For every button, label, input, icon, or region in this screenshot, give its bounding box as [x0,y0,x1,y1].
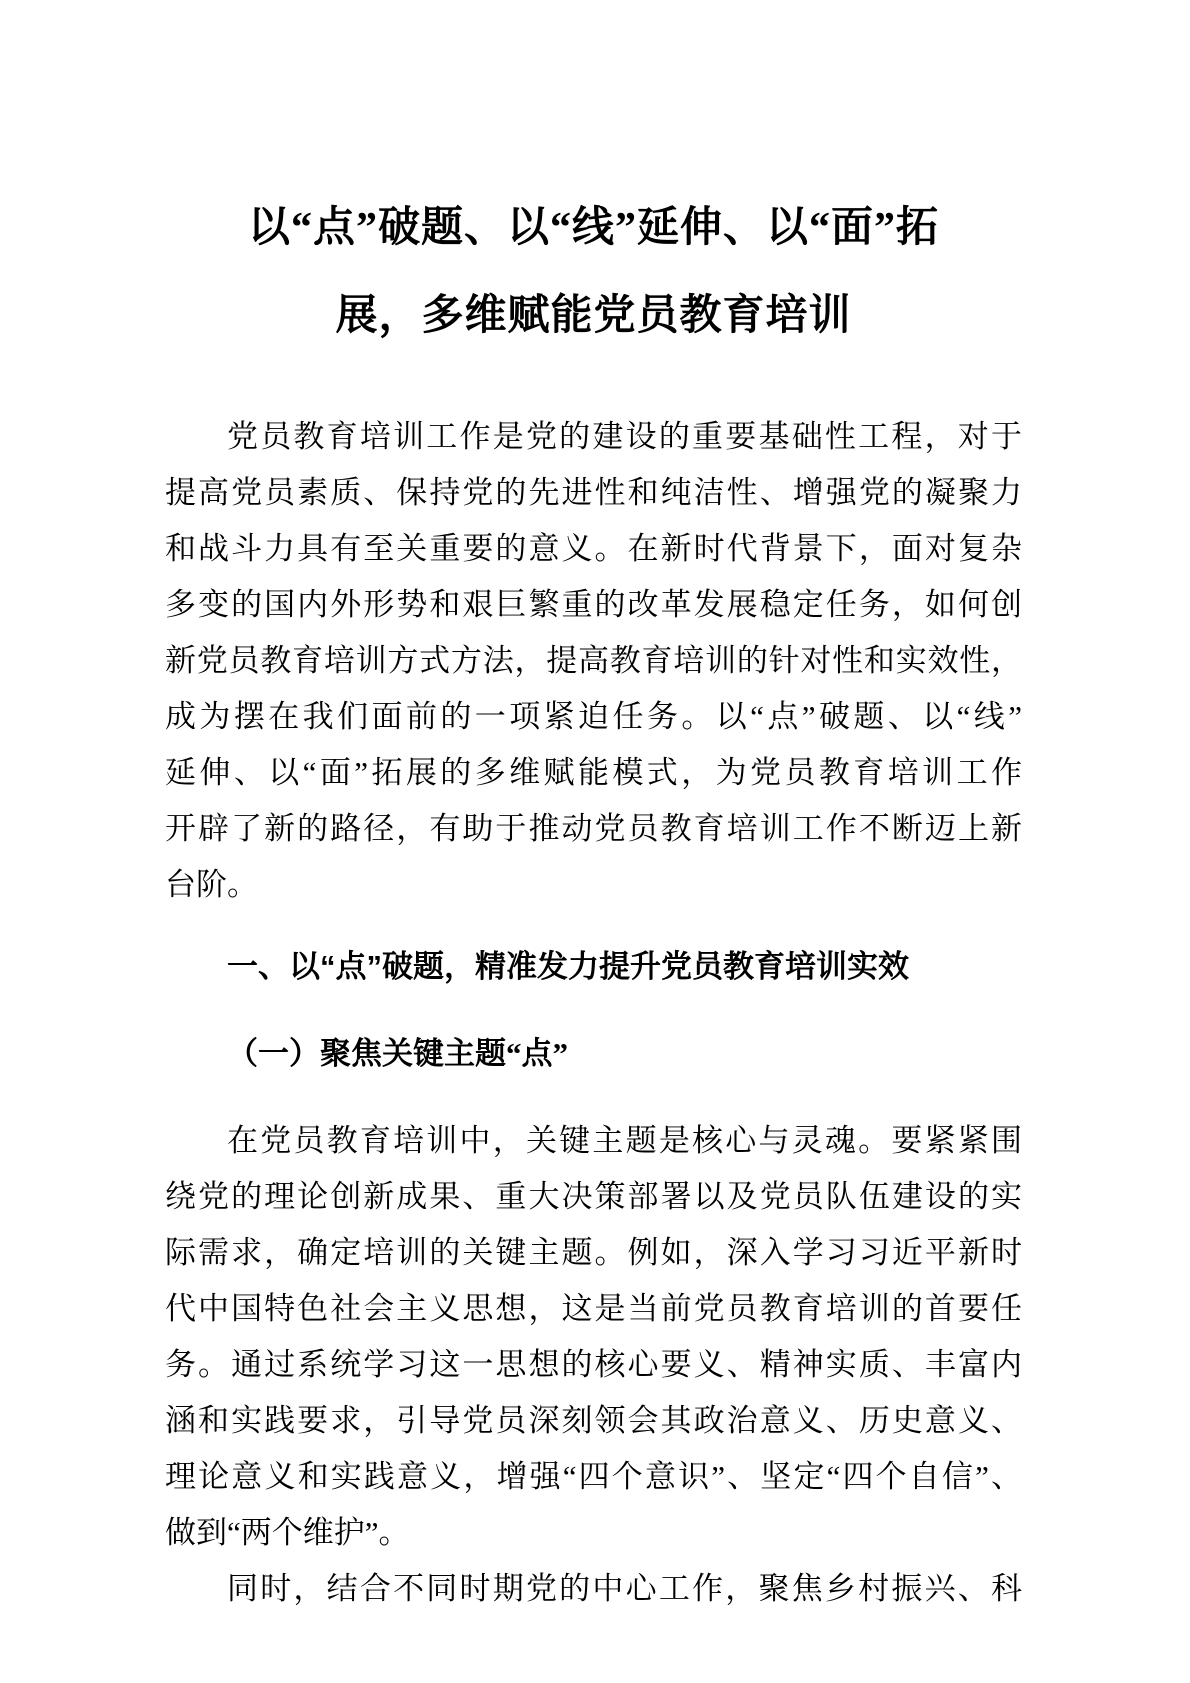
document-page: 以“点”破题、以“线”延伸、以“面”拓 展，多维赋能党员教育培训 党员教育培训工… [0,0,1190,1683]
title-line: 以“点”破题、以“线”延伸、以“面”拓 [165,184,1022,272]
paragraph-line: 成为摆在我们面前的一项紧迫任务。以“点”破题、以“线” [165,689,1022,745]
paragraph-line: 延伸、以“面”拓展的多维赋能模式，为党员教育培训工作 [165,745,1022,801]
paragraph-intro: 党员教育培训工作是党的建设的重要基础性工程，对于 提高党员素质、保持党的先进性和… [165,409,1022,913]
paragraph-line: 多变的国内外形势和艰巨繁重的改革发展稳定任务，如何创 [165,577,1022,633]
paragraph-line: 台阶。 [165,857,1022,913]
section-heading-1: 一、以“点”破题，精准发力提升党员教育培训实效 [165,939,1022,995]
paragraph-line: 开辟了新的路径，有助于推动党员教育培训工作不断迈上新 [165,801,1022,857]
paragraph-line: 代中国特色社会主义思想，这是当前党员教育培训的首要任 [165,1281,1022,1337]
paragraph-line: 同时，结合不同时期党的中心工作，聚焦乡村振兴、科 [165,1561,1022,1617]
paragraph-key-themes: 在党员教育培训中，关键主题是核心与灵魂。要紧紧围 绕党的理论创新成果、重大决策部… [165,1113,1022,1561]
paragraph-line: 新党员教育培训方式方法，提高教育培训的针对性和实效性， [165,633,1022,689]
paragraph-line: 涵和实践要求，引导党员深刻领会其政治意义、历史意义、 [165,1393,1022,1449]
paragraph-line: 理论意义和实践意义，增强“四个意识”、坚定“四个自信”、 [165,1449,1022,1505]
paragraph-line: 做到“两个维护”。 [165,1505,1022,1561]
paragraph-line: 在党员教育培训中，关键主题是核心与灵魂。要紧紧围 [165,1113,1022,1169]
paragraph-line: 和战斗力具有至关重要的意义。在新时代背景下，面对复杂 [165,521,1022,577]
title-line: 展，多维赋能党员教育培训 [165,272,1022,360]
document-title: 以“点”破题、以“线”延伸、以“面”拓 展，多维赋能党员教育培训 [165,184,1022,360]
paragraph-line: 党员教育培训工作是党的建设的重要基础性工程，对于 [165,409,1022,465]
subsection-heading-1-1: （一）聚焦关键主题“点” [165,1026,1022,1082]
paragraph-center-work: 同时，结合不同时期党的中心工作，聚焦乡村振兴、科 [165,1561,1022,1617]
paragraph-line: 绕党的理论创新成果、重大决策部署以及党员队伍建设的实 [165,1169,1022,1225]
paragraph-line: 提高党员素质、保持党的先进性和纯洁性、增强党的凝聚力 [165,465,1022,521]
paragraph-line: 际需求，确定培训的关键主题。例如，深入学习习近平新时 [165,1225,1022,1281]
paragraph-line: 务。通过系统学习这一思想的核心要义、精神实质、丰富内 [165,1337,1022,1393]
